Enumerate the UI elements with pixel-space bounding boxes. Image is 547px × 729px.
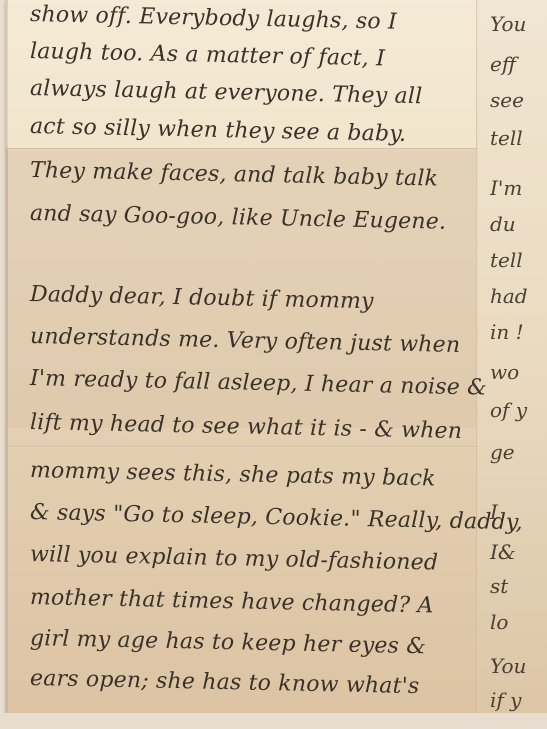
fragment: You (490, 12, 526, 36)
fragment: see (490, 88, 524, 112)
vertical-fold-crease (476, 0, 478, 713)
fragment: I'm (490, 176, 522, 200)
fragment: You (490, 654, 526, 678)
fragment: ge (490, 440, 515, 464)
horizontal-fold-crease (6, 148, 547, 150)
fragment: eff (490, 52, 516, 76)
fragment: du (490, 212, 516, 236)
fragment: st (490, 574, 508, 598)
horizontal-fold-crease (6, 446, 547, 448)
fragment: of y (490, 398, 527, 422)
fragment: tell (490, 248, 523, 272)
fragment: in ! (490, 320, 524, 344)
fragment: tell (490, 126, 523, 150)
table-surface (0, 713, 547, 729)
fragment: if y (490, 688, 521, 712)
fragment: I (490, 500, 498, 524)
fragment: wo (490, 360, 519, 384)
fragment: had (490, 284, 528, 308)
fragment: I& (490, 540, 516, 564)
fragment: lo (490, 610, 508, 634)
